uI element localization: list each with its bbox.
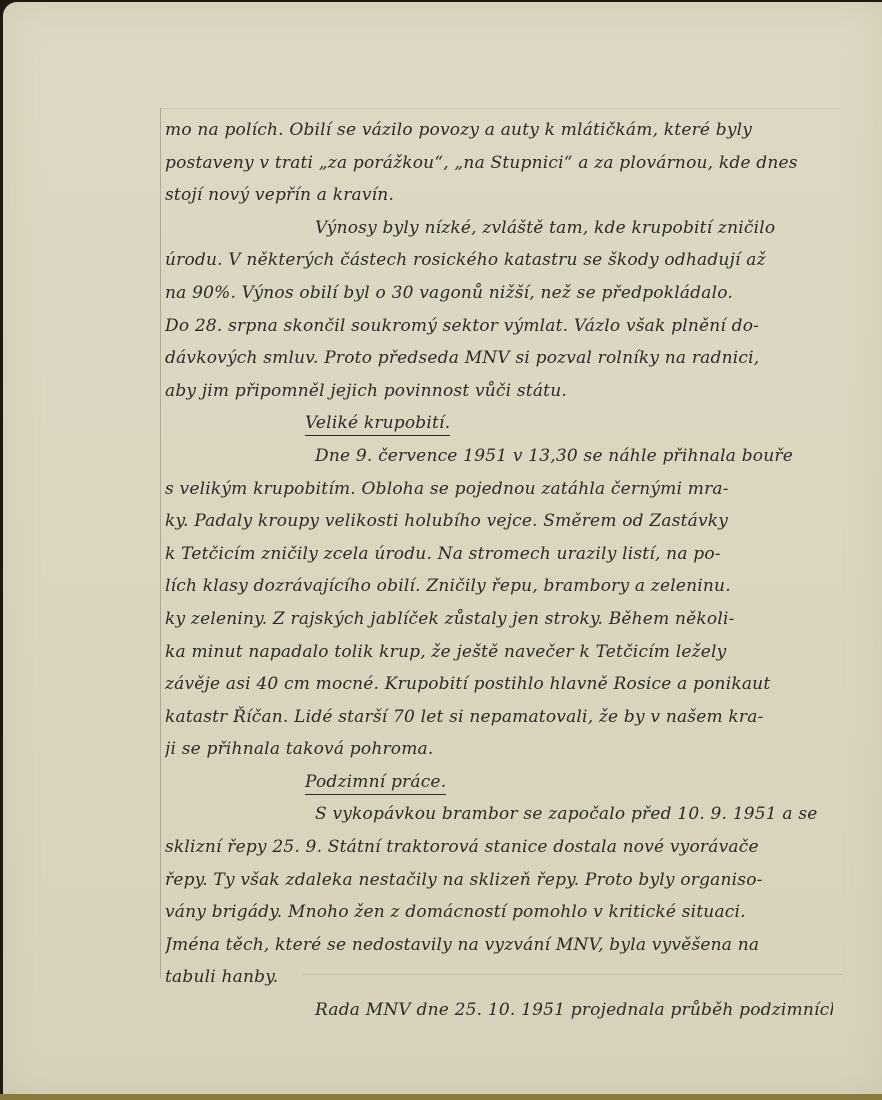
text-line: lích klasy dozrávajícího obilí. Zničily … [165,570,833,603]
text-line: ka minut napadalo tolik krup, že ještě n… [165,636,833,669]
text-line: stojí nový vepřín a kravín. [165,179,833,212]
text-line: mo na polích. Obilí se vázilo povozy a a… [165,114,833,147]
text-line: S vykopávkou brambor se započalo před 10… [165,798,833,831]
bottom-rule [303,974,843,975]
top-rule [160,108,840,109]
text-line: katastr Říčan. Lidé starší 70 let si nep… [165,701,833,734]
section-heading-text: Podzimní práce. [305,772,446,795]
text-line: s velikým krupobitím. Obloha se pojednou… [165,473,833,506]
text-line: sklizní řepy 25. 9. Státní traktorová st… [165,831,833,864]
text-line: k Tetčicím zničily zcela úrodu. Na strom… [165,538,833,571]
text-line: ji se přihnala taková pohroma. [165,733,833,766]
text-line: ky zeleniny. Z rajských jablíček zůstaly… [165,603,833,636]
page-edge [0,1094,882,1100]
text-line: dávkových smluv. Proto předseda MNV si p… [165,342,833,375]
text-line: tabuli hanby. [165,961,833,994]
text-line: Rada MNV dne 25. 10. 1951 projednala prů… [165,994,833,1027]
text-line: úrodu. V některých částech rosického kat… [165,244,833,277]
text-line: Dne 9. července 1951 v 13,30 se náhle př… [165,440,833,473]
text-line: Do 28. srpna skončil soukromý sektor vým… [165,310,833,343]
text-line: řepy. Ty však zdaleka nestačily na skliz… [165,864,833,897]
text-line: Jména těch, které se nedostavily na vyzv… [165,929,833,962]
text-line: postaveny v trati „za porážkou“, „na Stu… [165,147,833,180]
section-heading-text: Veliké krupobití. [305,413,450,436]
handwritten-text-block: mo na polích. Obilí se vázilo povozy a a… [165,114,833,1027]
text-line: aby jim připomněl jejich povinnost vůči … [165,375,833,408]
text-line: na 90%. Výnos obilí byl o 30 vagonů nižš… [165,277,833,310]
section-heading-autumn-work: Podzimní práce. [165,766,833,799]
section-heading-hailstorm: Veliké krupobití. [165,407,833,440]
text-line: vány brigády. Mnoho žen z domácností pom… [165,896,833,929]
text-line: závěje asi 40 cm mocné. Krupobití postih… [165,668,833,701]
left-margin-rule [160,108,161,978]
text-line: ky. Padaly kroupy velikosti holubího vej… [165,505,833,538]
document-page: mo na polích. Obilí se vázilo povozy a a… [3,2,882,1094]
text-line: Výnosy byly nízké, zvláště tam, kde krup… [165,212,833,245]
